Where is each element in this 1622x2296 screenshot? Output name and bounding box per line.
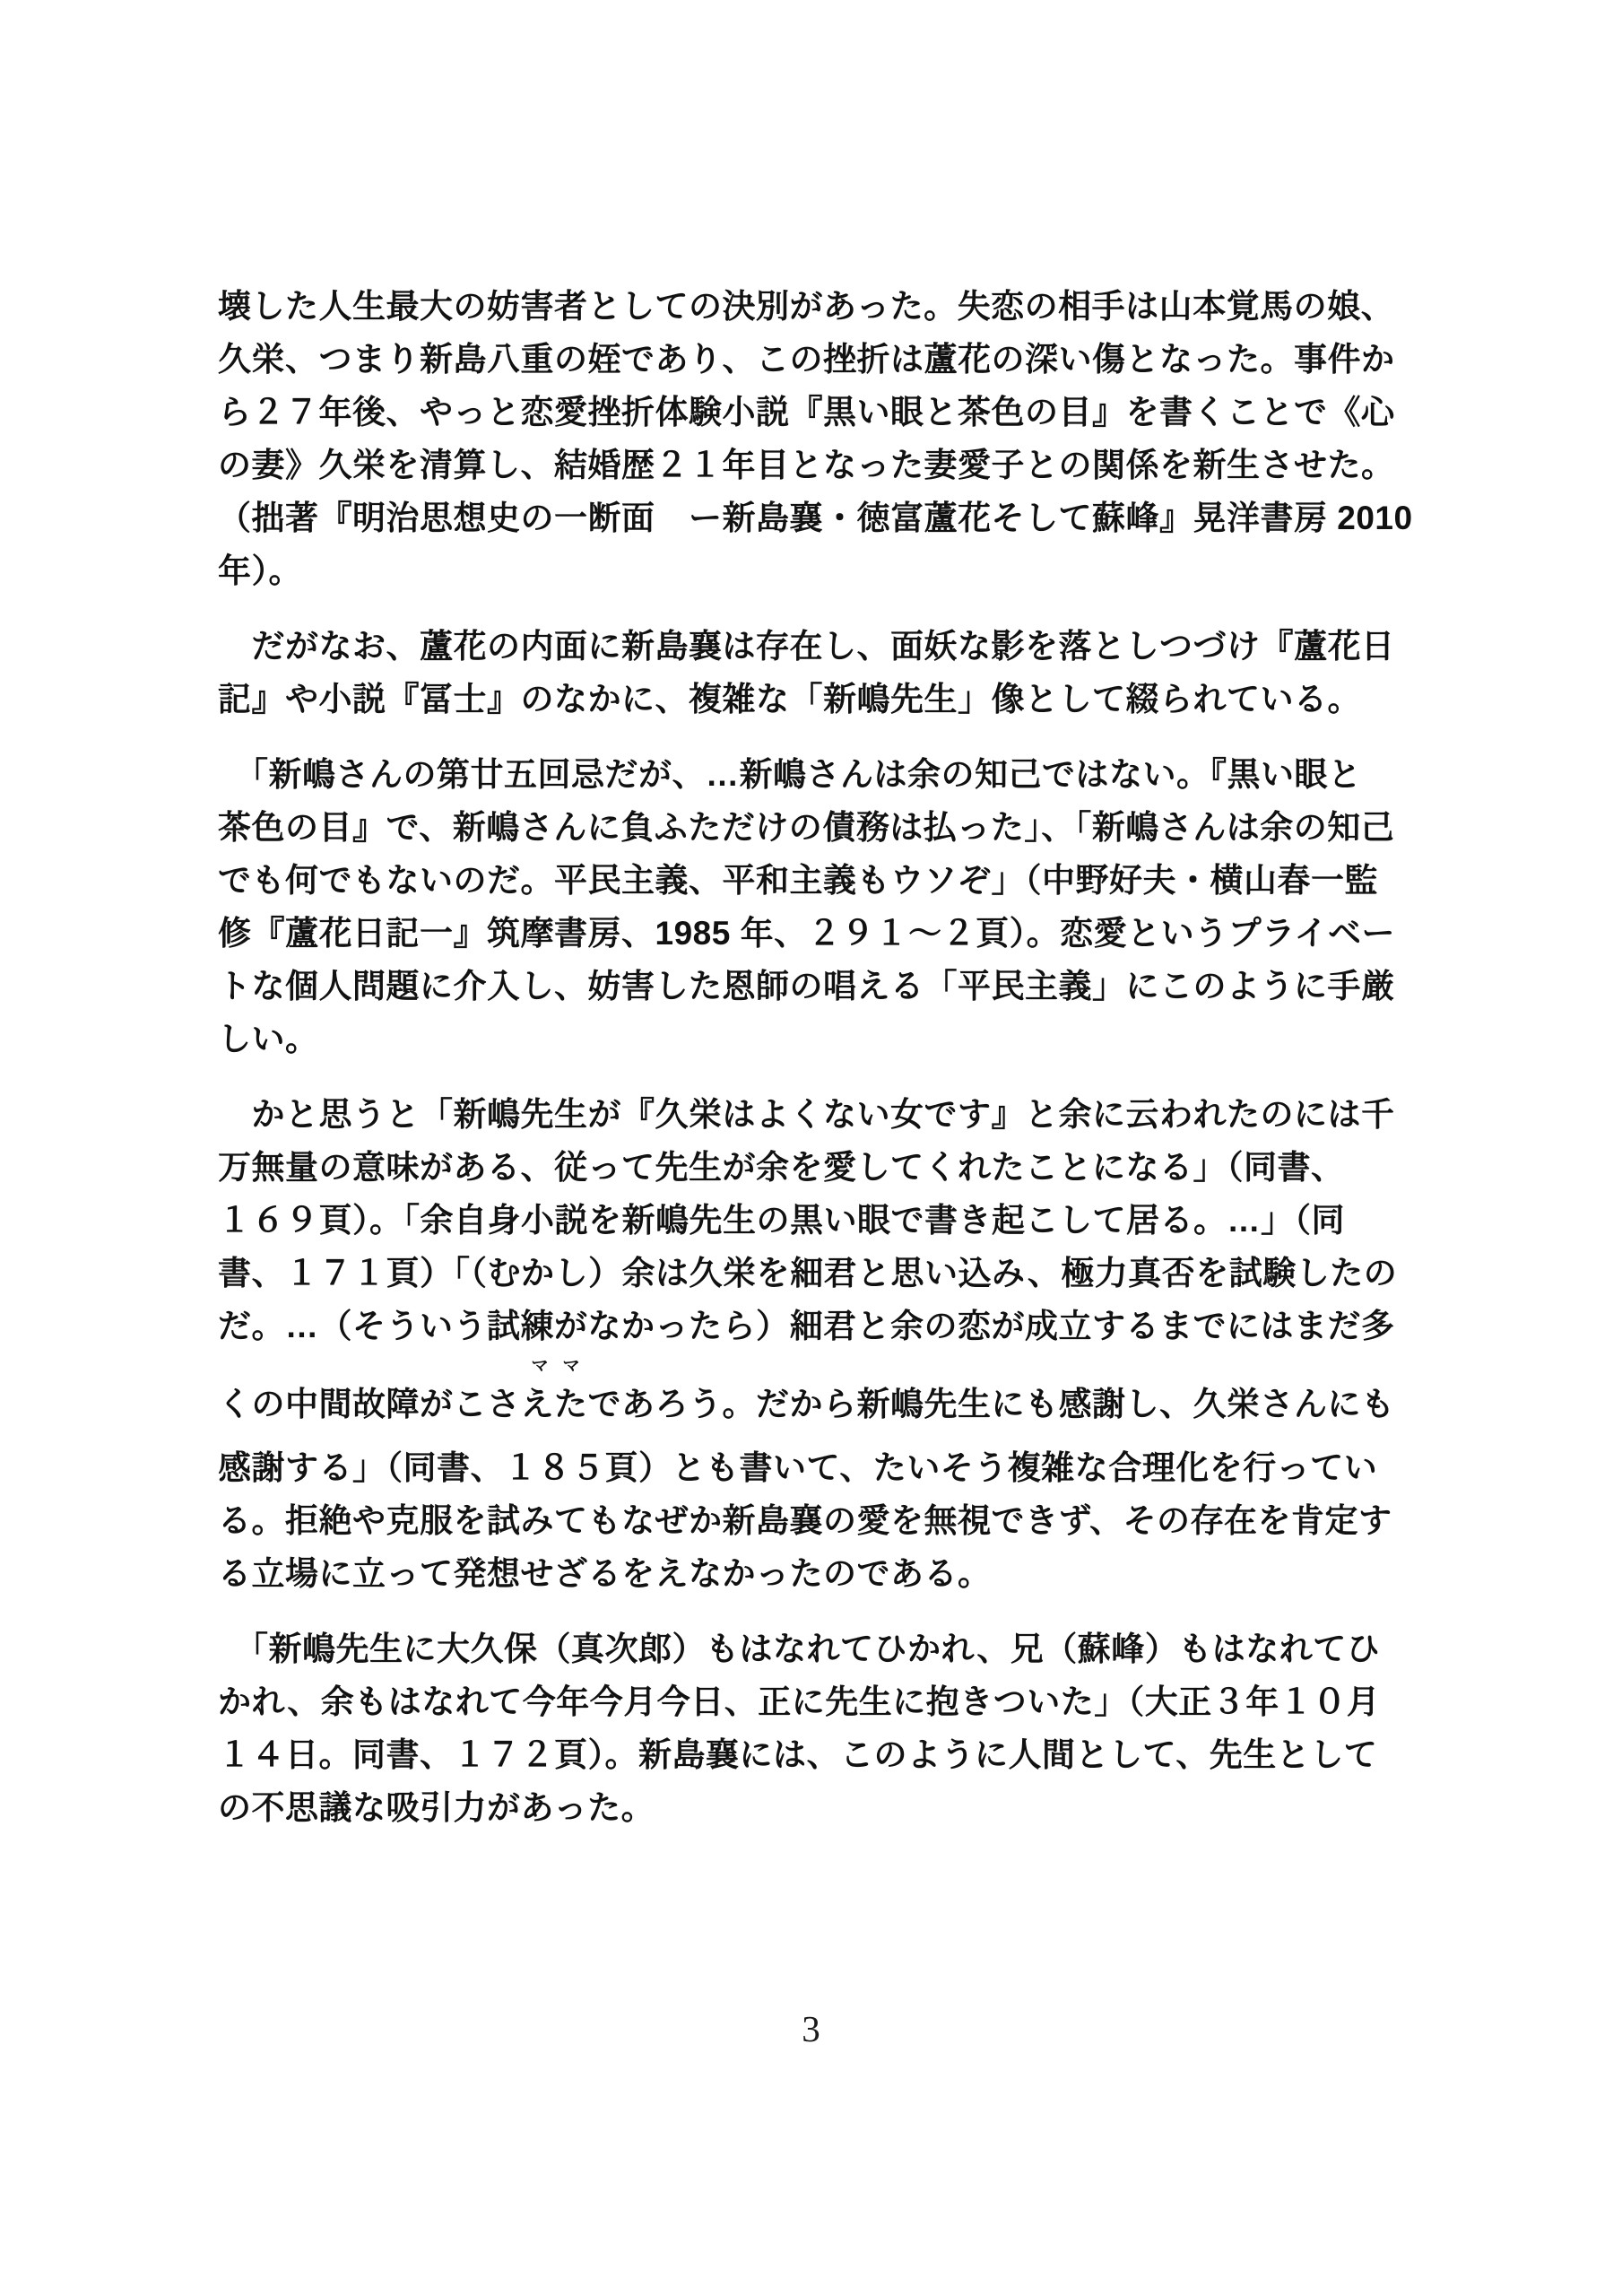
text-line: １４日。同書、１７２頁）。新島襄には、このように人間として、先生として [218,1728,1392,1781]
text-line: 万無量の意味がある、従って先生が余を愛してくれたことになる」（同書、 [218,1141,1392,1194]
text-line: １６９頁）。「余自身小説を新嶋先生の黒い眼で書き起こして居る。…」（同 [218,1194,1392,1247]
text-line: 書、１７１頁）「（むかし）余は久栄を細君と思い込み、極力真否を試験したの [218,1247,1392,1300]
paragraph-3: 「新嶋さんの第廿五回忌だが、…新嶋さんは余の知己ではない。『黒い眼と 茶色の目』… [218,748,1392,1065]
line-segment: であろう。だから新嶋先生にも感謝し、久栄さんにも [588,1386,1395,1422]
paragraph-5: 「新嶋先生に大久保（真次郎）もはなれてひかれ、兄（蘇峰）もはなれてひ かれ、余も… [218,1622,1392,1834]
text-line: る。拒絶や克服を試みてもなぜか新島襄の愛を無視できず、その存在を肯定す [218,1494,1392,1547]
text-line: でも何でもないのだ。平民主義、平和主義もウソぞ」（中野好夫・横山春一監 [218,854,1392,907]
paragraph-2: だがなお、蘆花の内面に新島襄は存在し、面妖な影を落としつづけ『蘆花日 記』や小説… [218,620,1392,726]
text-line: 記』や小説『冨士』のなかに、複雑な「新嶋先生」像として綴られている。 [218,673,1392,726]
line-segment: くの中間故障がこさ [218,1386,521,1422]
text-line: 壊した人生最大の妨害者としての決別があった。失恋の相手は山本覚馬の娘、 [218,280,1392,333]
text-line: の妻》久栄を清算し、結婚歴２１年目となった妻愛子との関係を新生させた。 [218,439,1392,491]
sic-label: ママ [521,1358,588,1375]
text-line: 感謝する」（同書、１８５頁）とも書いて、たいそう複雑な合理化を行ってい [218,1441,1392,1494]
text-line: トな個人問題に介入し、妨害した恩師の唱える「平民主義」にこのように手厳 [218,960,1392,1013]
text-line: 「新嶋さんの第廿五回忌だが、…新嶋さんは余の知己ではない。『黒い眼と [218,748,1392,801]
sic-annotation: ママえた [521,1378,588,1431]
text-line: る立場に立って発想せざるをえなかったのである。 [218,1547,1392,1600]
text-line: 修『蘆花日記一』筑摩書房、1985 年、２９１～２頁）。恋愛というプライベー [218,907,1392,960]
text-line-with-sic: くの中間故障がこさママえたであろう。だから新嶋先生にも感謝し、久栄さんにも [218,1378,1392,1431]
page-number: 3 [0,2007,1622,2050]
text-line: （拙著『明治思想史の一断面 ー新島襄・徳富蘆花そして蘇峰』晃洋書房 2010 [218,491,1392,544]
text-line: だがなお、蘆花の内面に新島襄は存在し、面妖な影を落としつづけ『蘆花日 [218,620,1392,673]
document-page: 壊した人生最大の妨害者としての決別があった。失恋の相手は山本覚馬の娘、 久栄、つ… [0,0,1622,2296]
text-block: 壊した人生最大の妨害者としての決別があった。失恋の相手は山本覚馬の娘、 久栄、つ… [218,280,1392,1834]
text-line: の不思議な吸引力があった。 [218,1781,1392,1834]
paragraph-1: 壊した人生最大の妨害者としての決別があった。失恋の相手は山本覚馬の娘、 久栄、つ… [218,280,1392,597]
paragraph-4: かと思うと「新嶋先生が『久栄はよくない女です』と余に云われたのには千 万無量の意… [218,1088,1392,1600]
text-line: かと思うと「新嶋先生が『久栄はよくない女です』と余に云われたのには千 [218,1088,1392,1141]
text-line: 茶色の目』で、新嶋さんに負ふただけの債務は払った」、「新嶋さんは余の知己 [218,801,1392,854]
sic-base-text: えた [521,1386,588,1422]
text-line: 久栄、つまり新島八重の姪であり、この挫折は蘆花の深い傷となった。事件か [218,333,1392,386]
text-line: 「新嶋先生に大久保（真次郎）もはなれてひかれ、兄（蘇峰）もはなれてひ [218,1622,1392,1675]
text-line: ら２７年後、やっと恋愛挫折体験小説『黒い眼と茶色の目』を書くことで《心 [218,386,1392,439]
text-line: だ。…（そういう試練がなかったら）細君と余の恋が成立するまでにはまだ多 [218,1300,1392,1352]
text-line: かれ、余もはなれて今年今月今日、正に先生に抱きついた」（大正３年１０月 [218,1675,1392,1728]
text-line: しい。 [218,1013,1392,1065]
text-line: 年）。 [218,544,1392,597]
